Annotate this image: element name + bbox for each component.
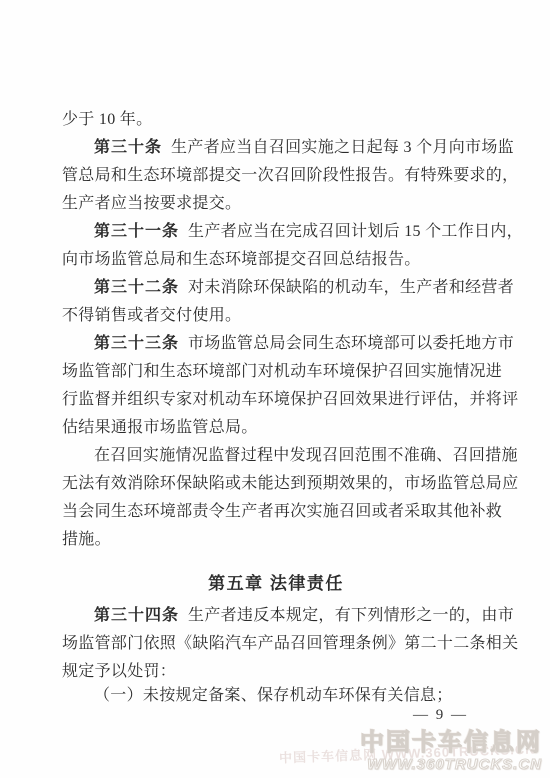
chapter-heading: 第五章 法律责任 [62,570,490,598]
line-text: 场监管部门依照《缺陷汽车产品召回管理条例》第二十二条相关 [62,635,518,652]
article-number: 第三十二条 [94,279,179,296]
line-text: 行监督并组织专家对机动车环境保护召回效果进行评估，并将评 [62,391,518,408]
line-text: 生产者应当自召回实施之日起每 3 个月向市场监 [171,139,514,156]
text-line: 当会同生态环境部责令生产者再次实施召回或者采取其他补救 [62,498,490,526]
text-line: 第三十条生产者应当自召回实施之日起每 3 个月向市场监 [62,134,490,162]
text-line: 向市场监管总局和生态环境部提交召回总结报告。 [62,246,490,274]
article-number: 第三十三条 [94,335,179,352]
article-number: 第三十一条 [94,223,179,240]
text-line: 估结果通报市场监管总局。 [62,414,490,442]
line-text: 不得销售或者交付使用。 [62,307,241,324]
watermark-site-url: WWW.360TRUCKS.CN [360,756,542,774]
text-line: 生产者应当按要求提交。 [62,190,490,218]
text-line: 第三十四条生产者违反本规定，有下列情形之一的，由市 [62,602,490,630]
text-line: 无法有效消除环保缺陷或未能达到预期效果的，市场监管总局应 [62,470,490,498]
text-line: 第三十一条生产者应当在完成召回计划后 15 个工作日内， [62,218,490,246]
text-line: 管总局和生态环境部提交一次召回阶段性报告。有特殊要求的， [62,162,490,190]
text-line: 行监督并组织专家对机动车环境保护召回效果进行评估，并将评 [62,386,490,414]
line-text: 场监管部门和生态环境部门对机动车环境保护召回实施情况进 [62,363,502,380]
line-text: （一）未按规定备案、保存机动车环保有关信息； [94,687,453,704]
line-text: 估结果通报市场监管总局。 [62,419,258,436]
line-text: 对未消除环保缺陷的机动车，生产者和经营者 [188,279,514,296]
text-line: 第三十二条对未消除环保缺陷的机动车，生产者和经营者 [62,274,490,302]
text-line: 场监管部门依照《缺陷汽车产品召回管理条例》第二十二条相关 [62,630,490,658]
scanned-document-page: 少于 10 年。 第三十条生产者应当自召回实施之日起每 3 个月向市场监 管总局… [0,0,550,778]
line-text: 市场监管总局会同生态环境部可以委托地方市 [188,335,514,352]
line-text: 无法有效消除环保缺陷或未能达到预期效果的，市场监管总局应 [62,475,518,492]
watermark-site-name: 中国卡车信息网 [360,730,542,756]
text-line: 少于 10 年。 [62,106,490,134]
line-text: 管总局和生态环境部提交一次召回阶段性报告。有特殊要求的， [62,167,518,184]
line-text: 生产者应当按要求提交。 [62,195,241,212]
text-line: 不得销售或者交付使用。 [62,302,490,330]
watermark: 中国卡车信息网 WWW.360TRUCKS.CN [360,730,542,774]
document-text-block: 少于 10 年。 第三十条生产者应当自召回实施之日起每 3 个月向市场监 管总局… [62,106,490,728]
text-line: 在召回实施情况监督过程中发现召回范围不准确、召回措施 [62,442,490,470]
article-number: 第三十四条 [94,607,179,624]
line-text: 生产者应当在完成召回计划后 15 个工作日内， [188,223,523,240]
line-text: 少于 10 年。 [62,111,152,128]
text-line: 场监管部门和生态环境部门对机动车环境保护召回实施情况进 [62,358,490,386]
text-line: 第三十三条市场监管总局会同生态环境部可以委托地方市 [62,330,490,358]
line-text: 向市场监管总局和生态环境部提交召回总结报告。 [62,251,421,268]
line-text: 在召回实施情况监督过程中发现召回范围不准确、召回措施 [94,447,518,464]
line-text: 当会同生态环境部责令生产者再次实施召回或者采取其他补救 [62,503,502,520]
article-number: 第三十条 [94,139,162,156]
line-text: 生产者违反本规定，有下列情形之一的，由市 [188,607,514,624]
line-text: 措施。 [62,531,111,548]
text-line: 措施。 [62,526,490,554]
line-text: 规定予以处罚： [62,663,176,680]
